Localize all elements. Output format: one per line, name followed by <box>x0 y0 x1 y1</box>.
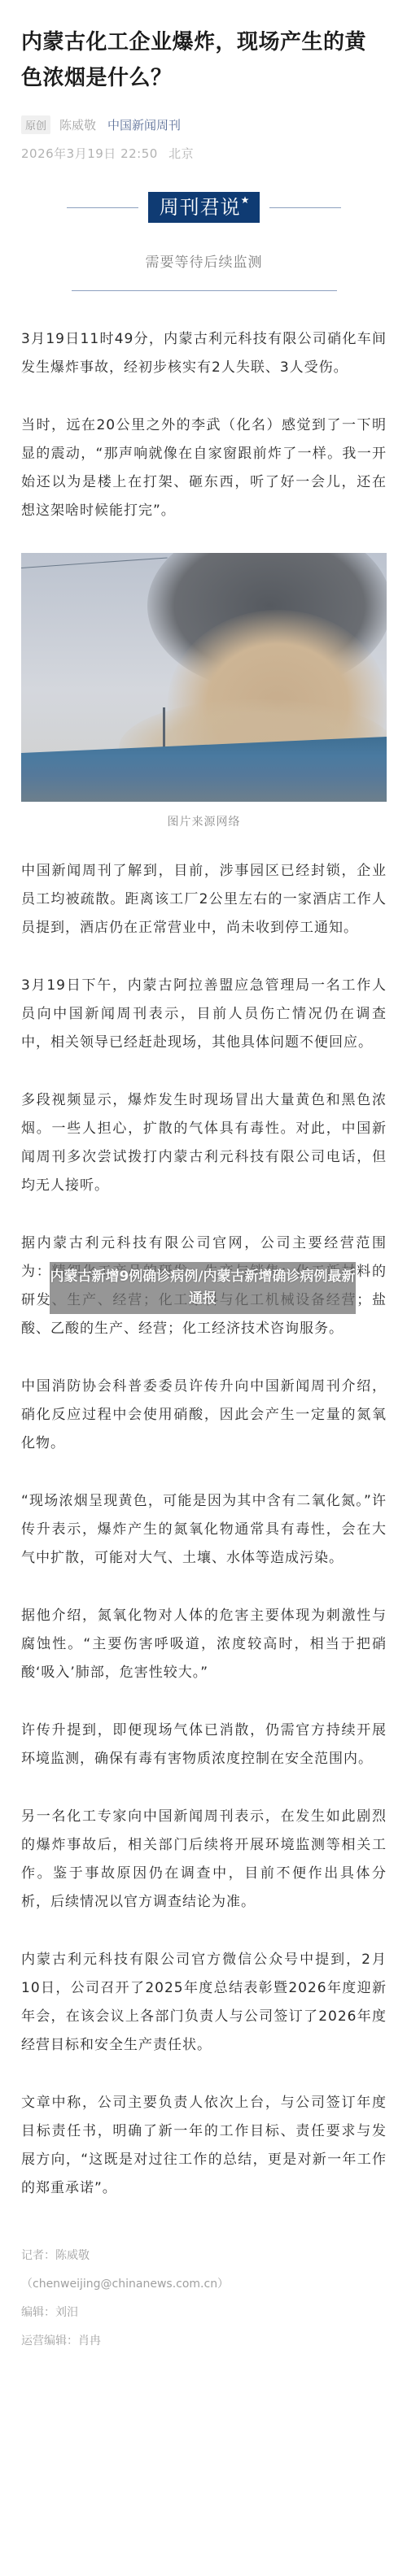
paragraph: 当时，远在20公里之外的李武（化名）感觉到了一下明显的震动，“那声响就像在自家窗… <box>21 411 387 525</box>
author-name: 陈威敬 <box>59 116 96 133</box>
reporter-email[interactable]: （chenweijing@chinanews.com.cn） <box>21 2270 387 2299</box>
article-page: 内蒙古化工企业爆炸，现场产生的黄色浓烟是什么？ 原创 陈威敬 中国新闻周刊 20… <box>0 0 407 2356</box>
paragraph: 许传升提到，即便现场气体已消散，仍需官方持续开展环境监测，确保有毒有害物质浓度控… <box>21 1717 387 1773</box>
original-badge: 原创 <box>21 115 50 134</box>
header-line-left <box>67 207 138 208</box>
article-credits: 记者：陈威敬 （chenweijing@chinanews.com.cn） 编辑… <box>21 2242 387 2356</box>
factory-building <box>21 737 387 802</box>
explosion-photo[interactable] <box>21 553 387 802</box>
image-caption: 图片来源网络 <box>21 813 387 829</box>
reporter-credit: 记者：陈威敬 <box>21 2242 387 2270</box>
editor-credit: 编辑：刘汨 <box>21 2299 387 2327</box>
section-subtitle: 需要等待后续监测 <box>21 250 387 271</box>
paragraph: 内蒙古利元科技有限公司官方微信公众号中提到，2月10日，公司召开了2025年度总… <box>21 1946 387 2060</box>
publish-date: 2026年3月19日 22:50 <box>21 146 158 161</box>
article-title: 内蒙古化工企业爆炸，现场产生的黄色浓烟是什么？ <box>21 0 387 96</box>
star-icon: ★ <box>241 194 251 206</box>
section-badge: 周刊君说★ <box>148 192 260 223</box>
paragraph: 中国新闻周刊了解到，目前，涉事园区已经封锁，企业员工均被疏散。距离该工厂2公里左… <box>21 857 387 942</box>
paragraph: 中国消防协会科普委委员许传升向中国新闻周刊介绍，硝化反应过程中会使用硝酸，因此会… <box>21 1373 387 1458</box>
section-divider <box>72 290 337 291</box>
paragraph: 据他介绍，氮氧化物对人体的危害主要体现为刺激性与腐蚀性。“主要伤害呼吸道，浓度较… <box>21 1602 387 1687</box>
article-meta: 原创 陈威敬 中国新闻周刊 <box>21 114 387 135</box>
publish-info: 2026年3月19日 22:50 北京 <box>21 145 387 162</box>
paragraph: 多段视频显示，爆炸发生时现场冒出大量黄色和黑色浓烟。一些人担心，扩散的气体具有毒… <box>21 1086 387 1200</box>
paragraph: 文章中称，公司主要负责人依次上台，与公司签订年度目标责任书，明确了新一年的工作目… <box>21 2089 387 2203</box>
publisher-link[interactable]: 中国新闻周刊 <box>107 116 181 133</box>
section-badge-label: 周刊君说 <box>160 196 241 219</box>
paragraph: 3月19日11时49分，内蒙古利元科技有限公司硝化车间发生爆炸事故，经初步核实有… <box>21 325 387 382</box>
article-figure: 图片来源网络 <box>21 553 387 829</box>
paragraph: 另一名化工专家向中国新闻周刊表示，在发生如此剧烈的爆炸事故后，相关部门后续将开展… <box>21 1803 387 1917</box>
overlay-banner[interactable]: 内蒙古新增9例确诊病例/内蒙古新增确诊病例最新通报 <box>50 1262 356 1314</box>
publish-location: 北京 <box>168 146 194 161</box>
paragraph: “现场浓烟呈现黄色，可能是因为其中含有二氧化氮。”许传升表示，爆炸产生的氮氧化物… <box>21 1487 387 1573</box>
power-line <box>21 557 168 568</box>
header-line-right <box>269 207 341 208</box>
section-header: 周刊君说★ <box>21 192 387 223</box>
paragraph: 3月19日下午，内蒙古阿拉善盟应急管理局一名工作人员向中国新闻周刊表示，目前人员… <box>21 972 387 1057</box>
ops-editor-credit: 运营编辑：肖冉 <box>21 2327 387 2356</box>
